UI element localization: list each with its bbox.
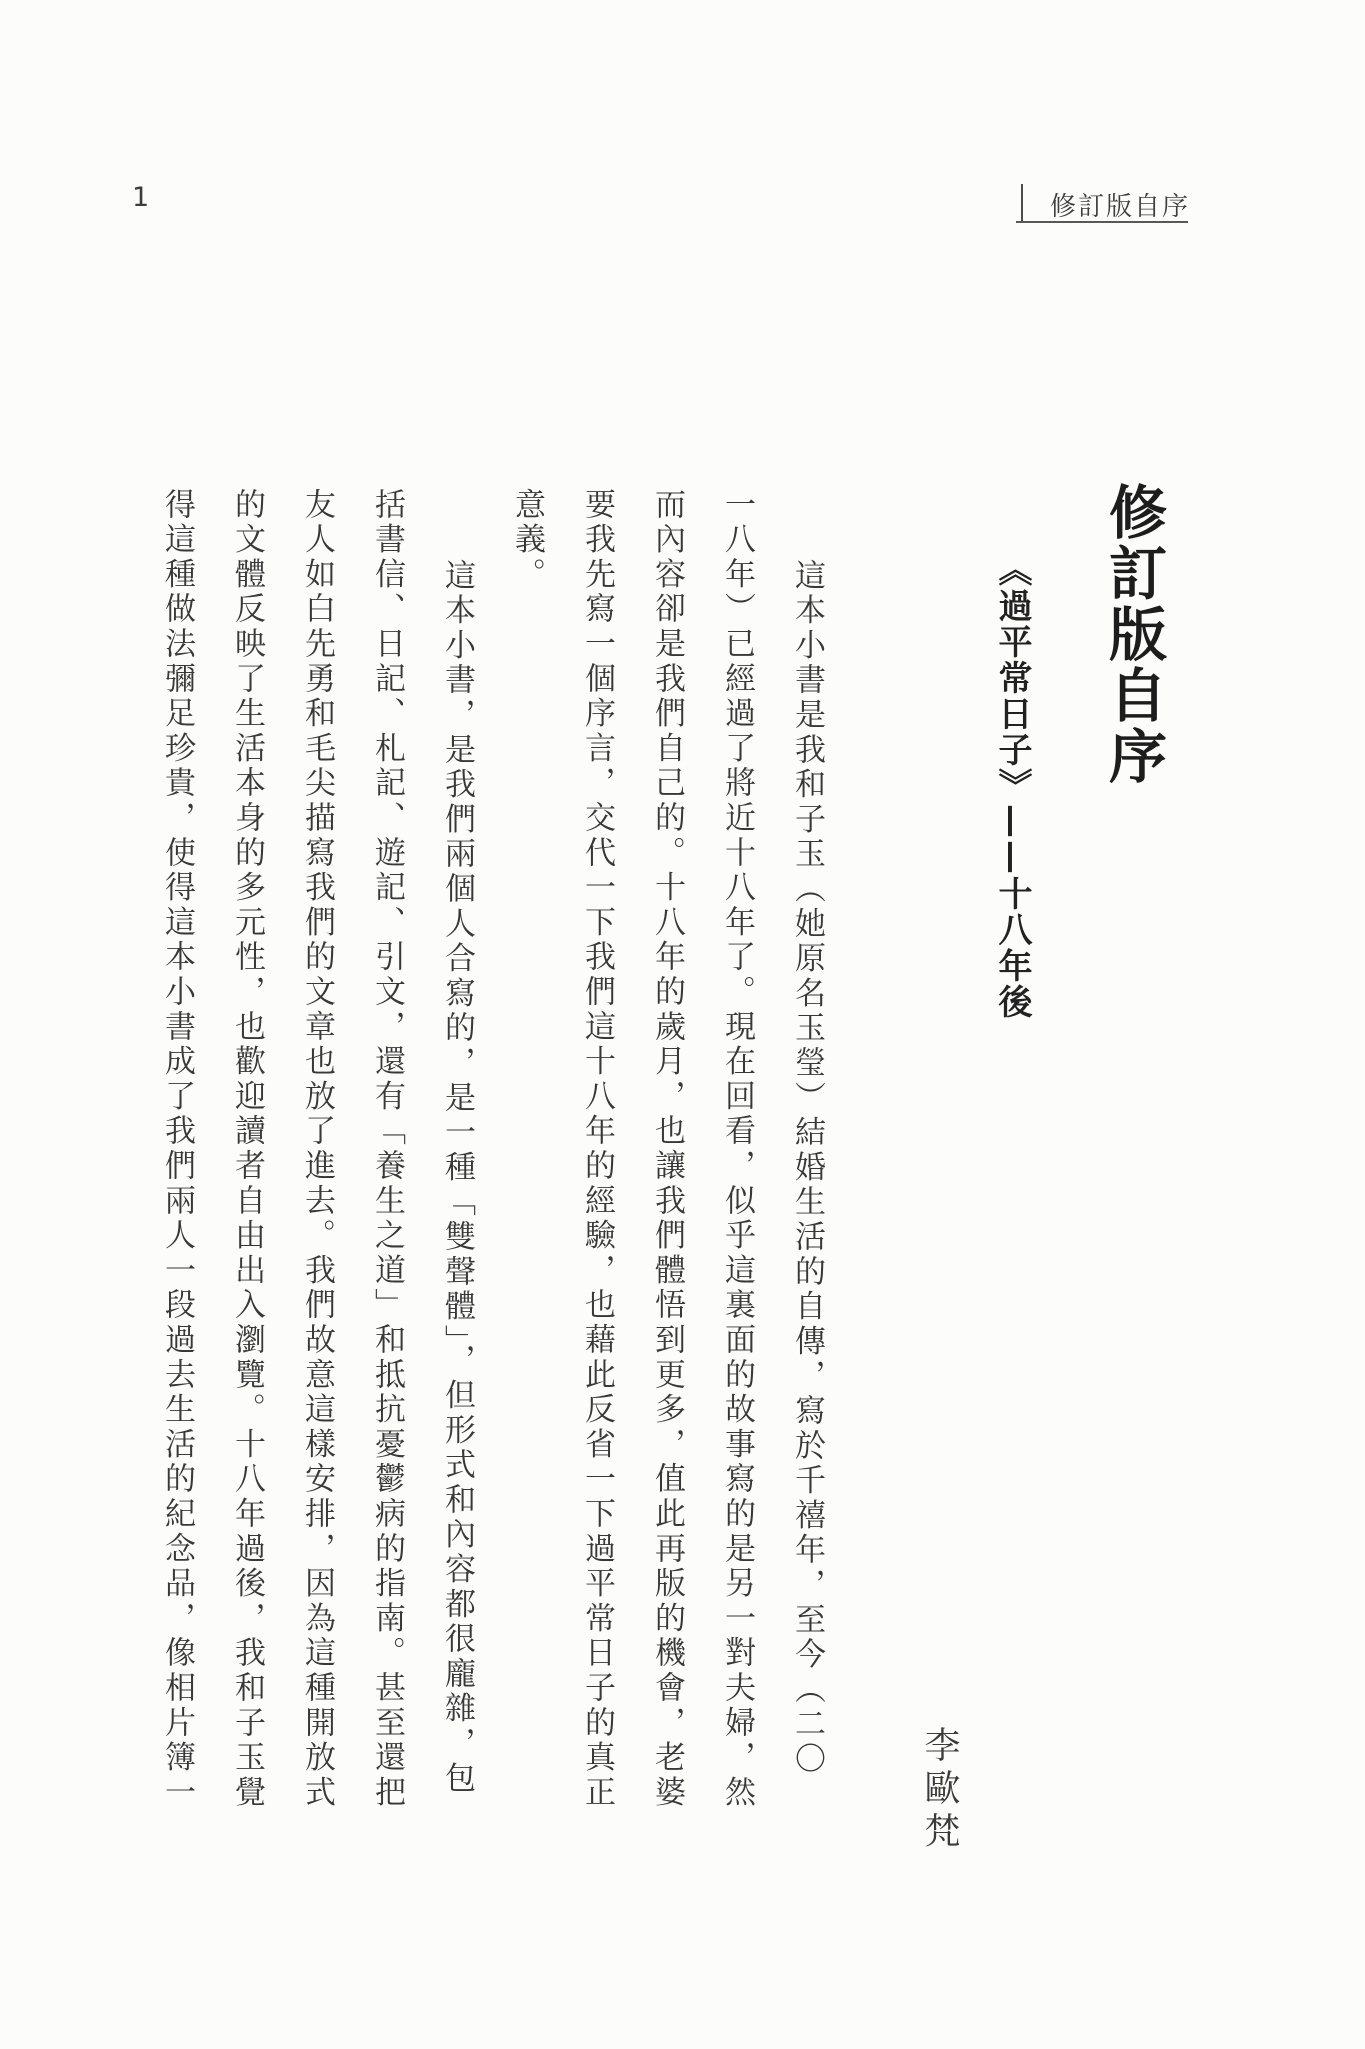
author-name: 李歐梵 bbox=[914, 1726, 964, 1855]
body-text-column-8: 友人如白先勇和毛尖描寫我們的文章也放了進去。我們故意這樣安排，因為這種開放式 bbox=[296, 488, 338, 1838]
body-text-column-10: 得這種做法彌足珍貴，使得這本小書成了我們兩人一段過去生活的紀念品，像相片簿一 bbox=[156, 488, 198, 1838]
preface-title: 修訂版自序 bbox=[1092, 482, 1174, 787]
body-text-column-1: 這本小書是我和子玉（她原名玉瑩）結婚生活的自傳，寫於千禧年，至今（二〇 bbox=[786, 488, 828, 1909]
body-text-column-7: 括書信、日記、札記、遊記、引文，還有「養生之道」和抵抗憂鬱病的指南。甚至還把 bbox=[366, 488, 408, 1838]
running-header-underline bbox=[1016, 221, 1188, 223]
page-number: 1 bbox=[132, 182, 149, 213]
running-header-title: 修訂版自序 bbox=[1050, 186, 1190, 223]
body-text-column-5: 意義。 bbox=[506, 488, 548, 1838]
body-text-column-4: 要我先寫一個序言，交代一下我們這十八年的經驗，也藉此反省一下過平常日子的真正 bbox=[576, 488, 618, 1838]
book-page: 1 修訂版自序 修訂版自序 《過平常日子》——十八年後 李歐梵 這本小書是我和子… bbox=[0, 0, 1365, 2049]
body-text-column-3: 而內容卻是我們自己的。十八年的歲月，也讓我們體悟到更多，值此再版的機會，老婆 bbox=[646, 488, 688, 1838]
running-header-divider-bar bbox=[1021, 184, 1023, 221]
body-text-column-2: 一八年）已經過了將近十八年了。現在回看，似乎這裏面的故事寫的是另一對夫婦，然 bbox=[716, 488, 758, 1838]
preface-subtitle: 《過平常日子》——十八年後 bbox=[984, 552, 1040, 1020]
body-text-column-6: 這本小書，是我們兩個人合寫的，是一種「雙聲體」，但形式和內容都很龐雜，包 bbox=[436, 488, 478, 1909]
body-text-column-9: 的文體反映了生活本身的多元性，也歡迎讀者自由出入瀏覽。十八年過後，我和子玉覺 bbox=[226, 488, 268, 1838]
